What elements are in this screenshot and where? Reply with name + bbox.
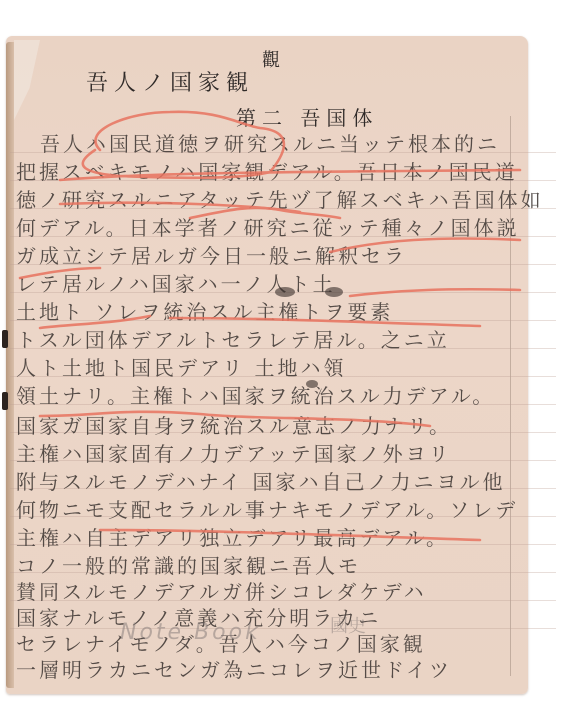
text-line: 何物ニモ支配セラルル事ナキモノデアル。ソレデ [16,494,518,523]
text-line: 徳ノ研究スルニアタッテ先ヅ了解スベキハ吾国体如 [16,184,544,213]
text-line: 国家ガ国家自身ヲ統治スル意志ノ力ナリ。 [16,410,452,439]
binding-hole [2,330,8,348]
text-line: 吾人ハ国民道徳ヲ研究スルニ当ッテ根本的ニ [40,128,500,157]
binding-hole [2,392,8,410]
pencil-note: Note Book [120,620,261,645]
text-line: 一層明ラカニセンガ為ニコレヲ近世ドイツ [16,654,452,683]
notebook-binding [6,42,14,688]
text-line: 人ト土地ト国民デアリ 土地ハ領 [16,352,347,381]
text-line: 把握スベキモノハ国家観デアル。吾日本ノ国民道 [16,156,518,185]
text-line: 領土ナリ。主権トハ国家ヲ統治スル力デアル。 [16,380,495,409]
page-subtitle: 第二 吾国体 [236,102,378,131]
text-line: 何デアル。日本学者ノ研究ニ従ッテ種々ノ国体説 [16,212,520,241]
text-line: 附与スルモノデハナイ 国家ハ自己ノ力ニヨル他 [16,466,506,495]
text-line: トスル団体デアルトセラレテ居ル。之ニ立 [16,324,450,353]
pencil-note-jp: 國史 [330,612,366,638]
text-line: コノ一般的常識的国家観ニ吾人モ [16,550,361,579]
text-line: 主権ハ国家固有ノ力デアッテ国家ノ外ヨリ [16,438,452,467]
torn-corner [14,40,40,120]
text-line: 土地ト ソレヲ統治スル主権トヲ要素 [16,296,393,325]
text-line: 賛同スルモノデアルガ併シコレダケデハ [16,576,427,605]
page-title: 吾人ノ国家観 [86,66,254,97]
text-line: レテ居ルノハ国家ハ一ノ人ト土 [16,268,336,297]
text-line: ガ成立シテ居ルガ今日一般ニ解釈セラ [16,240,407,269]
title-annotation: 觀 [262,46,280,72]
text-line: 主権ハ自主デアリ独立デアリ最高デアル。 [16,522,449,551]
